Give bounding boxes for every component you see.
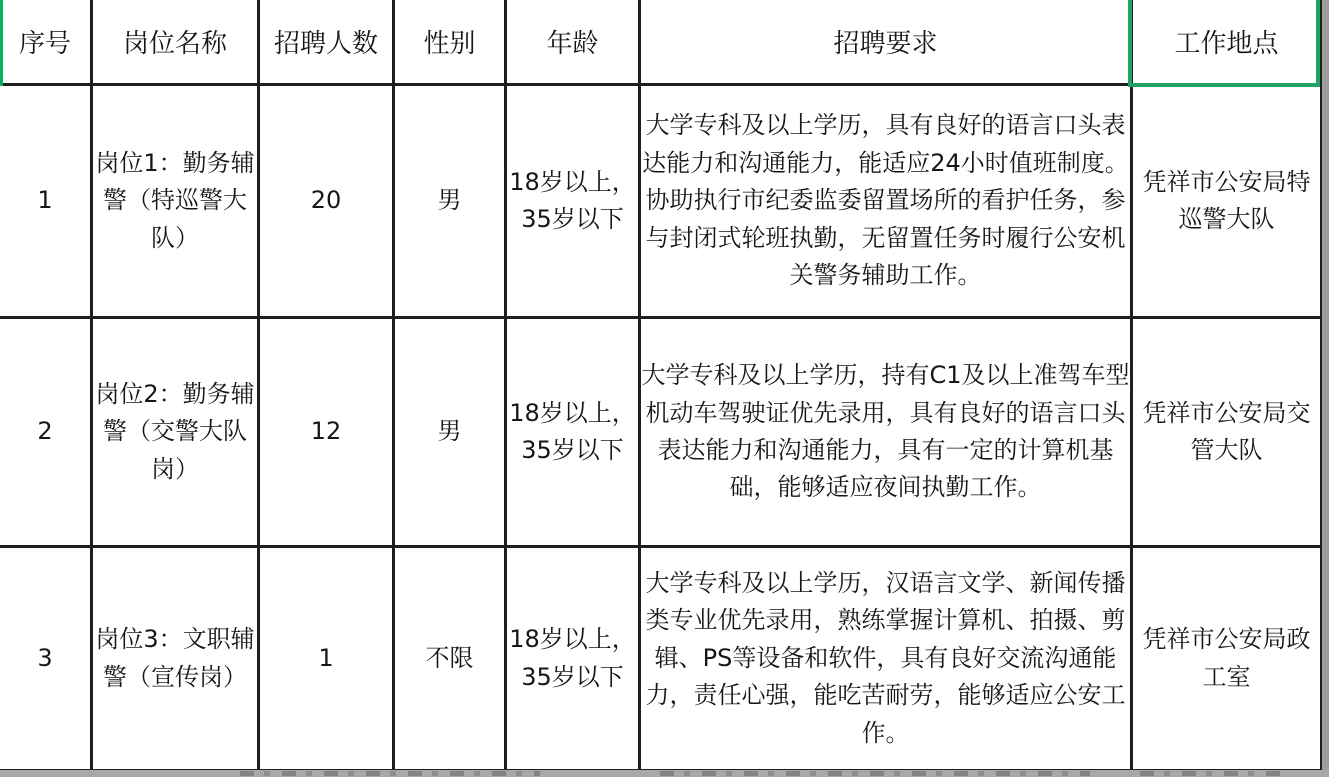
cell-row3-location[interactable]: 凭祥市公安局政工室	[1132, 547, 1322, 771]
cutoff-next-row-band	[0, 770, 1329, 777]
table-row: 3 岗位3：文职辅警（宣传岗） 1 不限 18岁以上，35岁以下 大学专科及以上…	[0, 547, 1322, 771]
cell-row1-age[interactable]: 18岁以上，35岁以下	[506, 85, 640, 318]
cell-row1-count[interactable]: 20	[259, 85, 394, 318]
cell-row1-requirements[interactable]: 大学专科及以上学历，具有良好的语言口头表达能力和沟通能力，能适应24小时值班制度…	[640, 85, 1132, 318]
table-row: 1 岗位1：勤务辅警（特巡警大队） 20 男 18岁以上，35岁以下 大学专科及…	[0, 85, 1322, 318]
header-index[interactable]: 序号	[0, 0, 92, 85]
header-requirements[interactable]: 招聘要求	[640, 0, 1132, 85]
cell-row3-count[interactable]: 1	[259, 547, 394, 771]
table-row: 2 岗位2：勤务辅警（交警大队岗） 12 男 18岁以上，35岁以下 大学专科及…	[0, 318, 1322, 547]
cell-row1-index[interactable]: 1	[0, 85, 92, 318]
cell-row2-gender[interactable]: 男	[394, 318, 506, 547]
window-edge-right	[1322, 0, 1329, 777]
cell-row3-index[interactable]: 3	[0, 547, 92, 771]
cell-row2-index[interactable]: 2	[0, 318, 92, 547]
cell-row1-gender[interactable]: 男	[394, 85, 506, 318]
header-location-selected-cell[interactable]: 工作地点	[1132, 0, 1322, 85]
cutoff-text-smudge	[660, 771, 1090, 776]
cell-row3-age[interactable]: 18岁以上，35岁以下	[506, 547, 640, 771]
spreadsheet-viewport: 序号 岗位名称 招聘人数 性别 年龄 招聘要求 工作地点 1 岗位1：勤务辅警（…	[0, 0, 1329, 777]
cell-row3-position[interactable]: 岗位3：文职辅警（宣传岗）	[92, 547, 259, 771]
cell-row2-location[interactable]: 凭祥市公安局交管大队	[1132, 318, 1322, 547]
cell-row3-requirements[interactable]: 大学专科及以上学历，汉语言文学、新闻传播类专业优先录用，熟练掌握计算机、拍摄、剪…	[640, 547, 1132, 771]
cutoff-text-smudge	[240, 771, 540, 776]
cell-row2-age[interactable]: 18岁以上，35岁以下	[506, 318, 640, 547]
cell-row2-requirements[interactable]: 大学专科及以上学历，持有C1及以上准驾车型机动车驾驶证优先录用，具有良好的语言口…	[640, 318, 1132, 547]
header-count[interactable]: 招聘人数	[259, 0, 394, 85]
recruitment-table: 序号 岗位名称 招聘人数 性别 年龄 招聘要求 工作地点 1 岗位1：勤务辅警（…	[0, 0, 1323, 772]
header-position[interactable]: 岗位名称	[92, 0, 259, 85]
header-gender[interactable]: 性别	[394, 0, 506, 85]
cell-row2-count[interactable]: 12	[259, 318, 394, 547]
header-row: 序号 岗位名称 招聘人数 性别 年龄 招聘要求 工作地点	[0, 0, 1322, 85]
cell-row3-gender[interactable]: 不限	[394, 547, 506, 771]
cell-row2-position[interactable]: 岗位2：勤务辅警（交警大队岗）	[92, 318, 259, 547]
cell-row1-location[interactable]: 凭祥市公安局特巡警大队	[1132, 85, 1322, 318]
cutoff-text-smudge	[1140, 771, 1290, 776]
recruitment-table-container: 序号 岗位名称 招聘人数 性别 年龄 招聘要求 工作地点 1 岗位1：勤务辅警（…	[0, 0, 1323, 772]
header-age[interactable]: 年龄	[506, 0, 640, 85]
cell-row1-position[interactable]: 岗位1：勤务辅警（特巡警大队）	[92, 85, 259, 318]
